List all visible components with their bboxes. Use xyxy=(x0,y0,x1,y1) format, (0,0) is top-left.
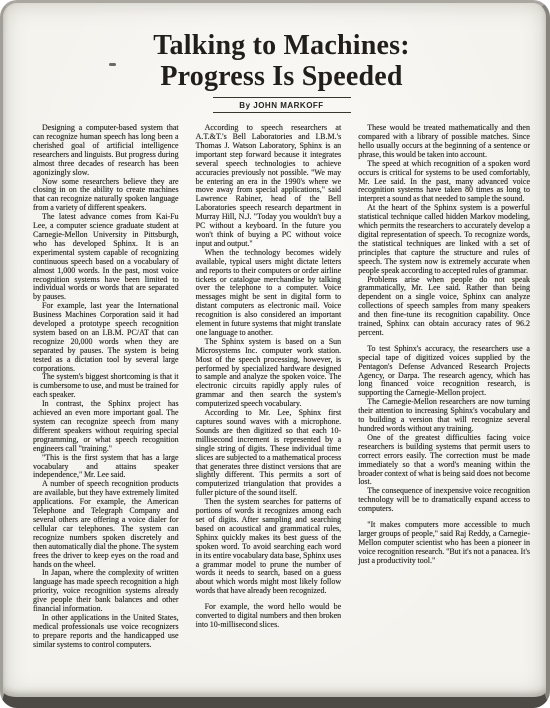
scanned-newspaper-page: Talking to Machines: Progress Is Speeded… xyxy=(0,0,550,708)
article-column-3: These would be treated mathematically an… xyxy=(358,124,530,676)
article-title-line1: Talking to Machines: xyxy=(153,30,410,61)
article-paragraph: Designing a computer-based system that c… xyxy=(33,124,179,177)
article-paragraph: The system's biggest shortcoming is that… xyxy=(33,373,179,400)
article-paragraph: A number of speech recognition products … xyxy=(33,480,179,569)
article-paragraph: These would be treated mathematically an… xyxy=(358,124,530,160)
article: Talking to Machines: Progress Is Speeded… xyxy=(3,3,546,676)
article-paragraph: According to speech researchers at A.T.&… xyxy=(196,124,342,249)
article-paragraph: The consequence of inexpensive voice rec… xyxy=(358,487,530,514)
article-paragraph: In Japan, where the complexity of writte… xyxy=(33,569,179,614)
article-paragraph: Now some researchers believe they are cl… xyxy=(33,178,179,214)
article-column-2: According to speech researchers at A.T.&… xyxy=(196,124,342,676)
article-paragraph: To test Sphinx's accuracy, the researche… xyxy=(358,345,530,398)
article-paragraph: According to Mr. Lee, Sphinx first captu… xyxy=(196,409,342,498)
article-paragraph: Then the system searches for patterns of… xyxy=(196,498,342,596)
article-columns: Designing a computer-based system that c… xyxy=(33,124,530,676)
article-paragraph: In contrast, the Sphinx project has achi… xyxy=(33,400,179,453)
article-paragraph: The Sphinx system is based on a Sun Micr… xyxy=(196,338,342,409)
article-paragraph: For example, last year the International… xyxy=(33,302,179,373)
article-paragraph: The latest advance comes from Kai-Fu Lee… xyxy=(33,213,179,302)
article-paragraph: One of the greatest difficulties facing … xyxy=(358,434,530,487)
article-paragraph: When the technology becomes widely avail… xyxy=(196,249,342,338)
article-paragraph: The Carnegie-Mellon researchers are now … xyxy=(358,398,530,434)
article-paragraph: For example, the word hello would be con… xyxy=(196,603,342,630)
article-paragraph: "This is the first system that has a lar… xyxy=(33,454,179,481)
byline-block: By JOHN MARKOFF xyxy=(213,97,351,114)
article-paragraph: The speed at which recognition of a spok… xyxy=(358,160,530,205)
article-column-1: Designing a computer-based system that c… xyxy=(33,124,179,676)
byline-rule-bottom xyxy=(213,112,351,113)
article-title: Talking to Machines: Progress Is Speeded xyxy=(33,31,530,93)
article-paragraph: At the heart of the Sphinx system is a p… xyxy=(358,204,530,275)
article-title-line2: Progress Is Speeded xyxy=(160,61,402,92)
article-paragraph: Problems arise when people do not speak … xyxy=(358,276,530,338)
article-paragraph: "It makes computers more accessible to m… xyxy=(358,521,530,566)
byline: By JOHN MARKOFF xyxy=(213,98,351,113)
scan-artifact xyxy=(109,63,116,66)
article-paragraph: In other applications in the United Stat… xyxy=(33,614,179,650)
